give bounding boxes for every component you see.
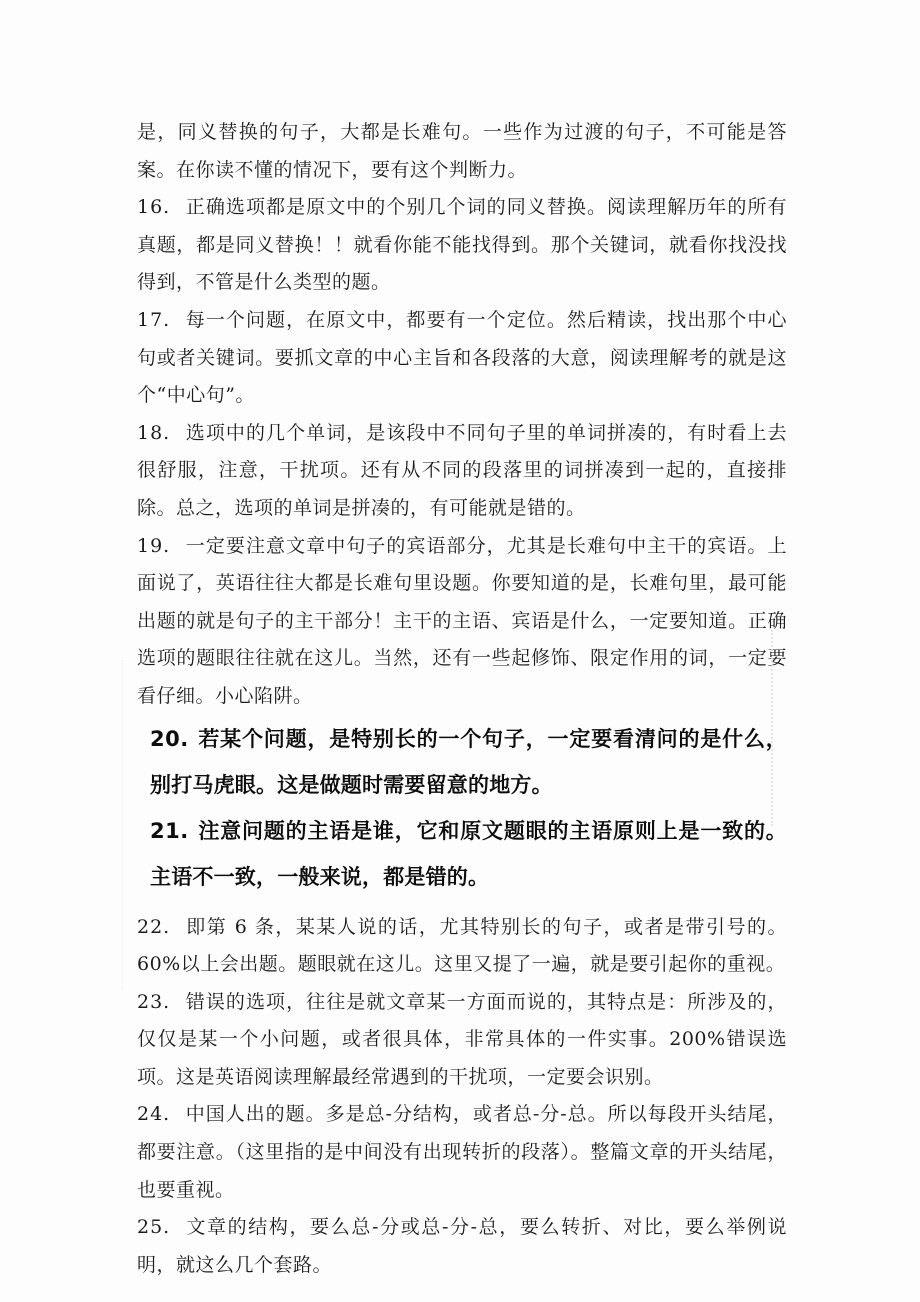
- paragraph-text: 若某个问题，是特别长的一个句子，一定要看清问的是什么，别打马虎眼。这是做题时需要…: [150, 727, 787, 797]
- paragraph-17: 17.每一个问题，在原文中，都要有一个定位。然后精读，找出那个中心句或者关键词。…: [137, 302, 787, 415]
- paragraph-text: 中国人出的题。多是总-分结构，或者总-分-总。所以每段开头结尾，都要注意。（这里…: [137, 1103, 787, 1200]
- paragraph-16: 16.正确选项都是原文中的个别几个词的同义替换。阅读理解历年的所有真题，都是同义…: [137, 189, 787, 302]
- paragraph-number: 20.: [150, 716, 189, 762]
- text-content: 是，同义替换的句子，大都是长难句。一些作为过渡的句子，不可能是答案。在你读不懂的…: [137, 114, 787, 1284]
- paragraph-21-bold: 21.注意问题的主语是谁，它和原文题眼的主语原则上是一致的。主语不一致，一般来说…: [137, 808, 787, 900]
- paragraph-19: 19.一定要注意文章中句子的宾语部分，尤其是长难句中主干的宾语。上面说了，英语往…: [137, 528, 787, 716]
- paragraph-number: 19.: [137, 528, 170, 566]
- paragraph-text: 选项中的几个单词，是该段中不同句子里的单词拼凑的，有时看上去很舒服，注意，干扰项…: [137, 422, 787, 519]
- paragraph-text: 文章的结构，要么总-分或总-分-总，要么转折、对比，要么举例说明，就这么几个套路…: [137, 1216, 787, 1276]
- paragraph-text: 错误的选项，往往是就文章某一方面而说的，其特点是：所涉及的，仅仅是某一个小问题，…: [137, 991, 787, 1088]
- scan-artifact-right-margin: [771, 630, 773, 826]
- scan-artifact-left-margin: [122, 660, 123, 990]
- paragraph-text: 每一个问题，在原文中，都要有一个定位。然后精读，找出那个中心句或者关键词。要抓文…: [137, 309, 787, 406]
- paragraph-number: 24.: [137, 1096, 170, 1134]
- paragraph-18: 18.选项中的几个单词，是该段中不同句子里的单词拼凑的，有时看上去很舒服，注意，…: [137, 415, 787, 528]
- paragraph-23: 23.错误的选项，往往是就文章某一方面而说的，其特点是：所涉及的，仅仅是某一个小…: [137, 984, 787, 1097]
- document-page: 是，同义替换的句子，大都是长难句。一些作为过渡的句子，不可能是答案。在你读不懂的…: [0, 0, 920, 1302]
- paragraph-number: 17.: [137, 302, 170, 340]
- paragraph-24: 24.中国人出的题。多是总-分结构，或者总-分-总。所以每段开头结尾，都要注意。…: [137, 1096, 787, 1209]
- paragraph-number: 16.: [137, 189, 170, 227]
- paragraph-25: 25.文章的结构，要么总-分或总-分-总，要么转折、对比，要么举例说明，就这么几…: [137, 1209, 787, 1284]
- paragraph-text: 即第 6 条，某某人说的话，尤其特别长的句子，或者是带引号的。60%以上会出题。…: [137, 916, 787, 976]
- paragraph-text: 是，同义替换的句子，大都是长难句。一些作为过渡的句子，不可能是答案。在你读不懂的…: [137, 121, 787, 181]
- paragraph-15-continuation: 是，同义替换的句子，大都是长难句。一些作为过渡的句子，不可能是答案。在你读不懂的…: [137, 114, 787, 189]
- paragraph-number: 18.: [137, 415, 170, 453]
- paragraph-text: 注意问题的主语是谁，它和原文题眼的主语原则上是一致的。主语不一致，一般来说，都是…: [150, 819, 787, 889]
- paragraph-number: 22.: [137, 909, 170, 947]
- paragraph-text: 一定要注意文章中句子的宾语部分，尤其是长难句中主干的宾语。上面说了，英语往往大都…: [137, 535, 787, 707]
- paragraph-20-bold: 20.若某个问题，是特别长的一个句子，一定要看清问的是什么，别打马虎眼。这是做题…: [137, 716, 787, 808]
- paragraph-number: 23.: [137, 984, 170, 1022]
- paragraph-22: 22.即第 6 条，某某人说的话，尤其特别长的句子，或者是带引号的。60%以上会…: [137, 909, 787, 984]
- paragraph-text: 正确选项都是原文中的个别几个词的同义替换。阅读理解历年的所有真题，都是同义替换！…: [137, 196, 787, 293]
- paragraph-number: 25.: [137, 1209, 170, 1247]
- paragraph-number: 21.: [150, 808, 189, 854]
